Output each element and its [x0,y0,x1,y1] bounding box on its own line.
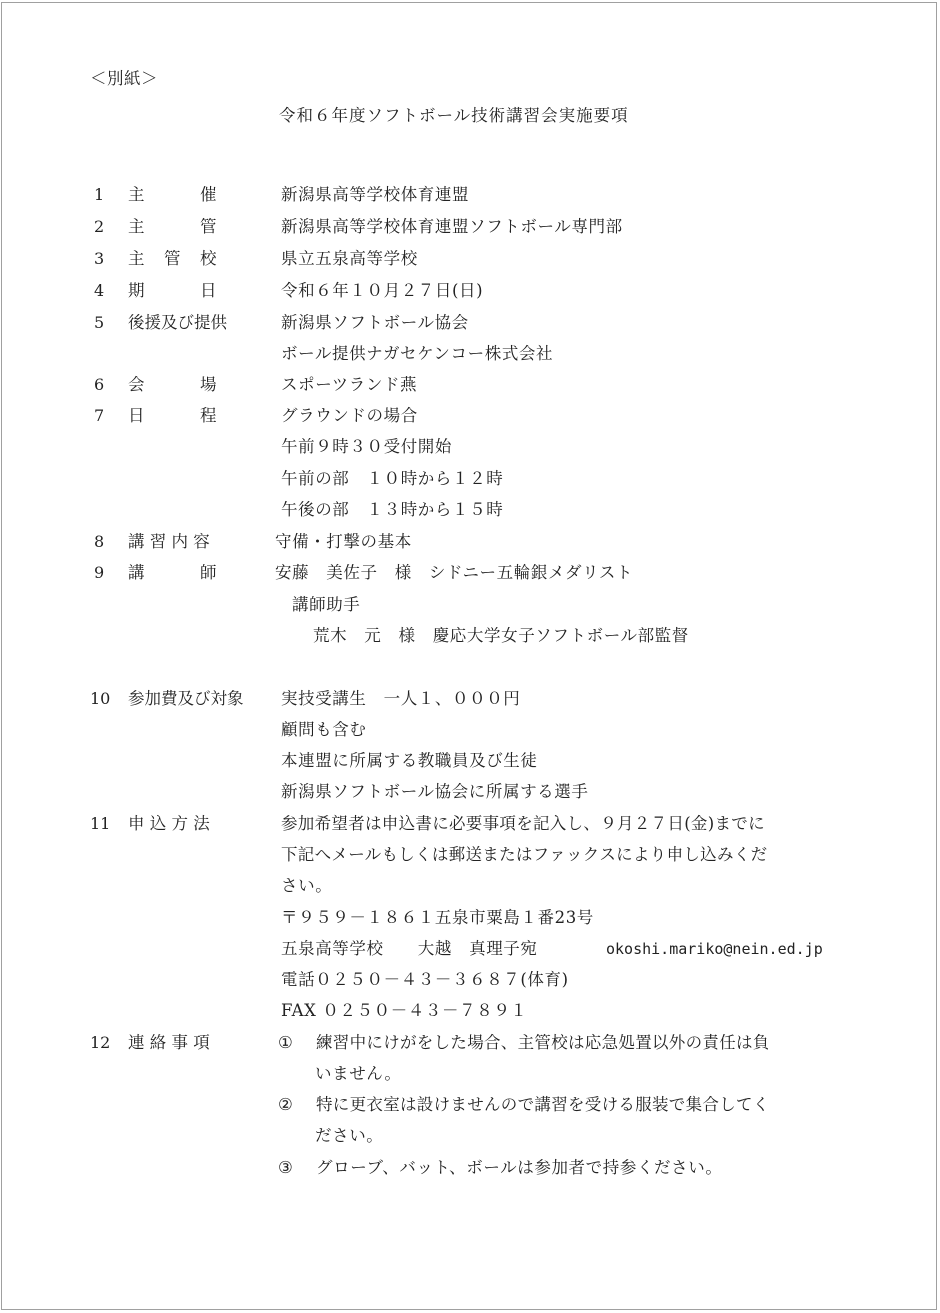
item-value: 新潟県高等学校体育連盟ソフトボール専門部 [281,217,623,237]
item-label: 講 師 [128,563,218,583]
item-number: 12 [90,1033,110,1053]
item-label: 主 催 [128,185,218,205]
item-value: 午前の部 １０時から１２時 [281,469,503,489]
item-number: 5 [94,313,104,333]
item-value: さい。 [281,876,332,896]
note-text: いません。 [315,1064,402,1084]
note-marker: ① [278,1033,293,1053]
note-marker: ③ [278,1158,293,1178]
item-label: 講 習 内 容 [128,532,210,552]
attachment-label: ＜別紙＞ [90,69,158,89]
item-value: 顧問も含む [281,720,367,740]
item-value: グラウンドの場合 [281,406,418,426]
item-number: 11 [90,814,110,834]
contact-email[interactable]: okoshi.mariko@nein.ed.jp [606,939,823,959]
note-text: 練習中にけがをした場合、主管校は応急処置以外の責任は負 [316,1033,770,1053]
item-label: 主 管 [128,217,218,237]
item-label: 日 程 [128,406,218,426]
note-text: 特に更衣室は設けませんので講習を受ける服装で集合してく [316,1095,770,1115]
item-label: 申 込 方 法 [128,814,210,834]
item-value: ボール提供ナガセケンコー株式会社 [281,344,553,364]
item-label: 期 日 [128,281,218,301]
item-value: 県立五泉高等学校 [281,249,418,269]
item-label: 参加費及び対象 [128,689,244,709]
item-label: 会 場 [128,375,218,395]
item-value: 参加希望者は申込書に必要事項を記入し、９月２７日(金)までに [281,814,765,834]
item-label: 連 絡 事 項 [128,1033,210,1053]
item-value: 午後の部 １３時から１５時 [281,500,503,520]
item-value: 安藤 美佐子 様 シドニー五輪銀メダリスト [275,563,633,583]
item-value: 守備・打撃の基本 [275,532,412,552]
document-page: ＜別紙＞ 令和６年度ソフトボール技術講習会実施要項 1 主 催 新潟県高等学校体… [1,2,937,1310]
item-value: 令和６年１０月２７日(日) [281,281,483,301]
item-number: 9 [94,563,104,583]
item-value: 新潟県高等学校体育連盟 [281,185,469,205]
item-value: 新潟県ソフトボール協会 [281,313,469,333]
postal-address: 〒９５９－１８６１五泉市粟島１番23号 [281,908,594,928]
item-value: 本連盟に所属する教職員及び生徒 [281,751,538,771]
item-value: 実技受講生 一人１、０００円 [281,689,520,709]
item-value: 荒木 元 様 慶応大学女子ソフトボール部監督 [313,626,689,646]
item-value: 下記へメールもしくは郵送またはファックスにより申し込みくだ [281,845,767,865]
item-value: 新潟県ソフトボール協会に所属する選手 [281,782,588,802]
item-number: 4 [94,281,104,301]
document-title: 令和６年度ソフトボール技術講習会実施要項 [279,106,629,126]
item-number: 10 [90,689,110,709]
item-value: スポーツランド燕 [281,375,417,395]
item-value: 午前９時３０受付開始 [281,437,452,457]
note-marker: ② [278,1095,293,1115]
item-label: 後援及び提供 [128,313,227,333]
contact-person: 五泉高等学校 大越 真理子宛 [281,939,538,959]
note-text: グローブ、バット、ボールは参加者で持参ください。 [316,1158,722,1178]
item-number: 2 [94,217,104,237]
item-number: 1 [94,185,104,205]
item-number: 6 [94,375,104,395]
contact-fax: FAX ０２５０－４３－７８９１ [281,1001,528,1021]
item-number: 8 [94,532,104,552]
note-text: ださい。 [315,1126,383,1146]
item-label: 主 管 校 [128,249,218,269]
item-number: 7 [94,406,104,426]
item-value: 講師助手 [292,595,360,615]
item-number: 3 [94,249,104,269]
contact-phone: 電話０２５０－４３－３６８７(体育) [281,970,569,990]
